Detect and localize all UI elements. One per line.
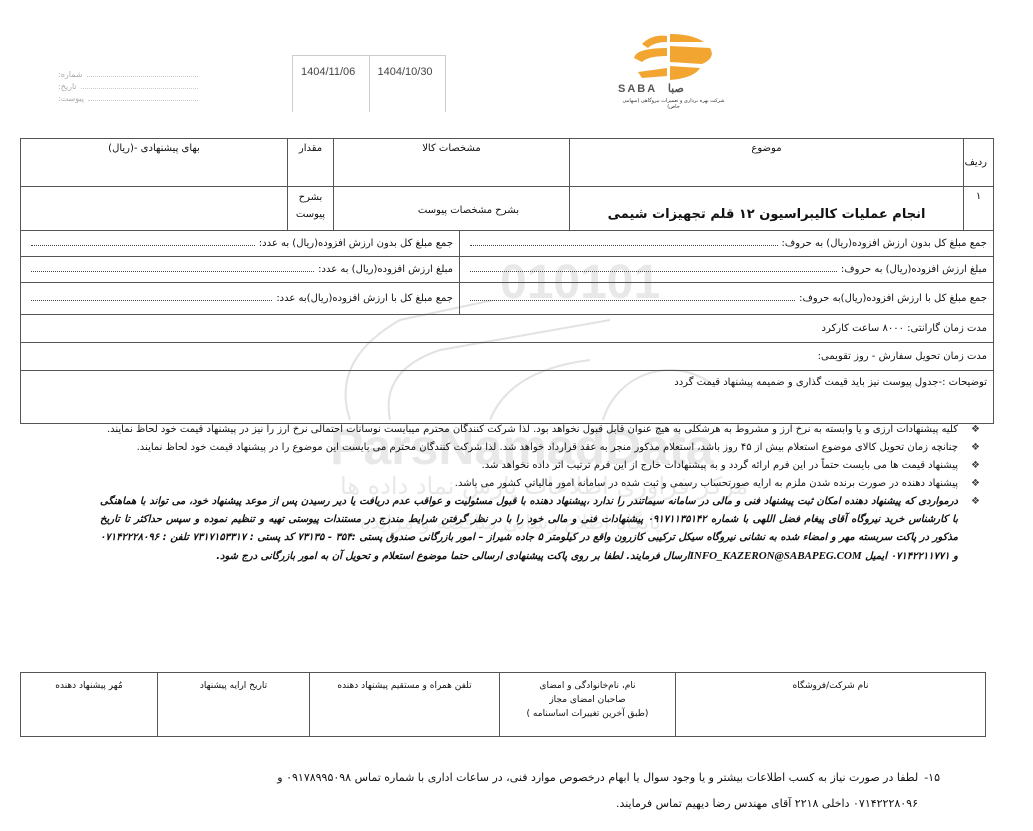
table-header-row: ردیف موضوع مشخصات کالا مقدار بهای پیشنها… [21,139,993,187]
notes-title: توضیحات : [942,375,987,419]
warranty-row: مدت زمان گارانتی: ۸۰۰۰ ساعت کارکرد [21,315,993,343]
list-item: ❖کلیه پیشنهادات ارزی و یا وابسته به نرخ … [100,421,980,439]
item-subject: انجام عملیات کالیبراسیون ۱۲ قلم تجهیزات … [569,187,963,230]
meta-attachment-label: پیوست: [58,94,84,103]
sum-letters-field[interactable] [470,242,778,246]
item-spec: بشرح مشخصات پیوست [333,187,569,230]
inquiry-table: ردیف موضوع مشخصات کالا مقدار بهای پیشنها… [20,138,994,424]
logo-subtitle: شرکت بهره برداری و تعمیرات نیروگاهی (سها… [616,98,731,110]
notes-body: -جدول پیوست نیز باید قیمت گذاری و ضمیمه … [674,375,942,419]
deadline-date: 1404/11/06 [293,56,369,112]
vat-letters-field[interactable] [470,268,837,272]
total-digits-field[interactable] [31,297,272,301]
footer-contact-note: ۱۵-لطفا در صورت نیاز به کسب اطلاعات بیشت… [180,765,940,817]
letter-meta: شماره: تاریخ: پیوست: [58,68,198,104]
submission-date-field[interactable]: تاریخ ارایه پیشنهاد [157,673,309,736]
company-name-field[interactable]: نام شرکت/فروشگاه [675,673,985,736]
logo-brand: SABA صبا [618,82,728,95]
list-item: ❖پیشنهاد قیمت ها می بایست حتماً در این ف… [100,457,980,475]
diamond-bullet-icon: ❖ [958,421,980,439]
header-qty: مقدار [287,139,333,186]
date-box: 1404/11/06 1404/10/30 [292,55,446,112]
item-qty: بشرح پیوست [287,187,333,230]
header-price: بهای پیشنهادی -(ریال) [21,139,287,186]
list-item: ❖پیشنهاد دهنده در صورت برنده شدن ملزم به… [100,475,980,493]
vat-digits-field[interactable] [31,268,314,272]
diamond-bullet-icon: ❖ [958,493,980,566]
diamond-bullet-icon: ❖ [958,457,980,475]
list-item: ❖چنانچه زمان تحویل کالای موضوع استعلام ب… [100,439,980,457]
contact-email-link[interactable]: INFO_KAZERON@SABAPEG.COM [690,550,862,562]
signature-table: نام شرکت/فروشگاه نام، نام‌خانوادگی و امض… [20,672,986,737]
conditions-list: ❖کلیه پیشنهادات ارزی و یا وابسته به نرخ … [100,421,980,566]
header-spec: مشخصات کالا [333,139,569,186]
saba-logo-icon [612,28,732,108]
table-row: ۱ انجام عملیات کالیبراسیون ۱۲ قلم تجهیزا… [21,187,993,231]
issue-date: 1404/10/30 [369,56,446,112]
meta-number-label: شماره: [58,70,83,79]
header-row-number: ردیف [963,139,993,186]
footer-item-number: ۱۵- [924,765,940,791]
item-row-number: ۱ [963,187,993,230]
sum-row-with-vat: جمع مبلغ کل با ارزش افزوده(ریال)به حروف:… [21,283,993,315]
meta-date-label: تاریخ: [58,82,77,91]
phone-field[interactable]: تلفن همراه و مستقیم پیشنهاد دهنده [309,673,499,736]
diamond-bullet-icon: ❖ [958,439,980,457]
diamond-bullet-icon: ❖ [958,475,980,493]
sum-row-without-vat: جمع مبلغ کل بدون ارزش افزوده(ریال) به حر… [21,231,993,257]
list-item-submission: ❖ درمواردی که پیشنهاد دهنده امکان ثبت پی… [100,493,980,566]
delivery-row: مدت زمان تحویل سفارش - روز تقویمی: [21,343,993,371]
stamp-field[interactable]: مُهر پیشنهاد دهنده [21,673,157,736]
header-subject: موضوع [569,139,963,186]
notes-row: توضیحات : -جدول پیوست نیز باید قیمت گذار… [21,371,993,423]
sum-digits-field[interactable] [31,242,255,246]
signatory-field[interactable]: نام، نام‌خانوادگی و امضای صاحبان امضای م… [499,673,675,736]
item-price-field[interactable] [21,187,287,230]
sum-row-vat: مبلغ ارزش افزوده(ریال) به حروف: مبلغ ارز… [21,257,993,283]
total-letters-field[interactable] [470,297,795,301]
